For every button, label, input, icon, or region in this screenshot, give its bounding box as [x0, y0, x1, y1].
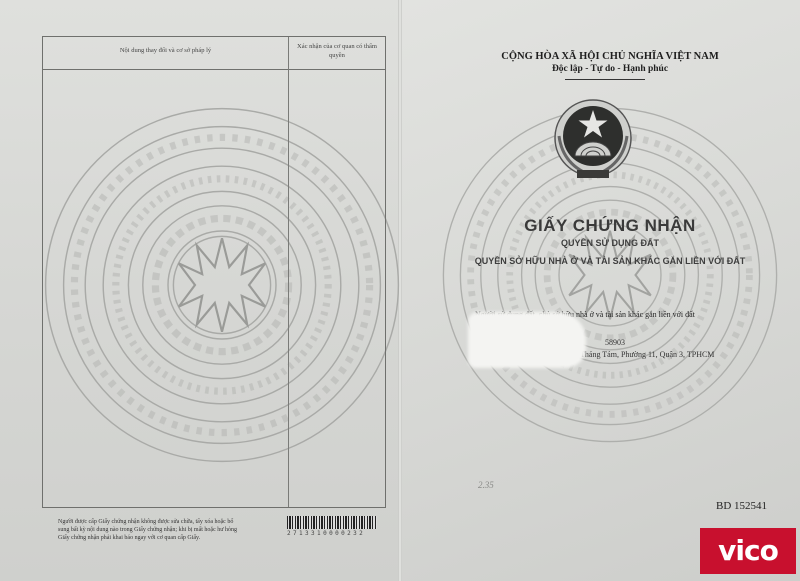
certificate-title: GIẤY CHỨNG NHẬN — [420, 216, 800, 236]
header-authority-confirmation: Xác nhận của cơ quan có thẩm quyền — [289, 42, 385, 60]
changes-table: Nội dung thay đổi và cơ sở pháp lý Xác n… — [42, 36, 386, 508]
national-emblem-icon — [553, 96, 633, 190]
motto: Độc lập - Tự do - Hạnh phúc — [420, 64, 800, 74]
id-number-fragment: 58903 — [605, 338, 625, 347]
redaction-patch — [468, 312, 586, 368]
republic-heading: CỘNG HÒA XÃ HỘI CHỦ NGHĨA VIỆT NAM — [420, 51, 800, 62]
motto-underline — [565, 79, 645, 80]
certificate-subtitle-ownership: QUYỀN SỞ HỮU NHÀ Ở VÀ TÀI SẢN KHÁC GẮN L… — [420, 256, 800, 266]
address-fragment: Tháng Tám, Phường 11, Quận 3, TPHCM — [580, 350, 714, 359]
notice-text: Người được cấp Giấy chứng nhận không đượ… — [58, 518, 238, 542]
barcode — [287, 516, 377, 529]
vico-logo: vico — [700, 528, 796, 574]
serial-number: BD 152541 — [716, 500, 767, 512]
barcode-number: 2713310000232 — [287, 530, 377, 537]
header-changes-content: Nội dung thay đổi và cơ sở pháp lý — [43, 47, 288, 54]
column-divider — [288, 37, 289, 507]
certificate-subtitle-land-use: QUYỀN SỬ DỤNG ĐẤT — [420, 238, 800, 248]
vico-logo-text: vico — [700, 534, 796, 567]
pen-mark: 2.35 — [478, 480, 494, 490]
